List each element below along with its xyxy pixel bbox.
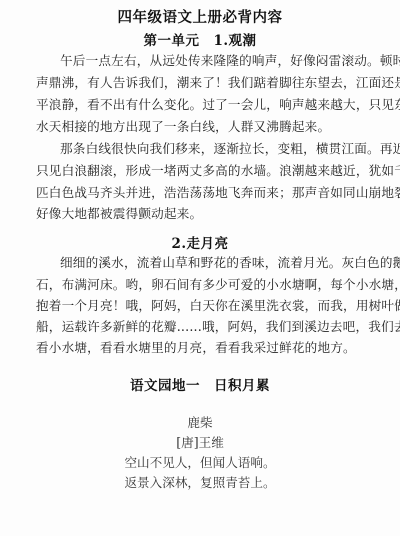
text-line: 水天相接的地方出现了一条白线，人群又沸腾起来。 [36, 118, 366, 135]
text-line: 好像大地都被震得颤动起来。 [36, 205, 366, 222]
document-title: 四年级语文上册必背内容 [0, 6, 400, 27]
text-line: 平浪静，看不出有什么变化。过了一会儿，响声越来越大，只见东边 [36, 96, 366, 113]
unit2-heading: 2.走月亮 [0, 232, 400, 252]
poem-author: [唐]王维 [0, 432, 400, 451]
poem-line: 返景入深林，复照青苔上。 [0, 472, 400, 491]
text-line: 只见白浪翻滚，形成一堵两丈多高的水墙。浪潮越来越近，犹如千万 [36, 162, 366, 179]
text-line: 匹白色战马齐头并进，浩浩荡荡地飞奔而来；那声音如同山崩地裂， [36, 184, 366, 201]
document-page: 四年级语文上册必背内容 第一单元 1.观潮 午后一点左右，从远处传来隆隆的响声，… [0, 0, 400, 536]
unit1-heading: 第一单元 1.观潮 [0, 29, 400, 49]
text-line: 船，运载许多新鲜的花瓣......哦，阿妈，我们到溪边去吧，我们去看 [36, 318, 366, 335]
text-line: 石，布满河床。哟，卵石间有多少可爱的小水塘啊，每个小水塘，都 [36, 276, 366, 293]
poem-title: 鹿柴 [0, 412, 400, 431]
text-line: 声鼎沸，有人告诉我们，潮来了！我们踮着脚往东望去，江面还是风 [36, 74, 366, 91]
text-line: 细细的溪水，流着山草和野花的香味，流着月光。灰白色的鹅卵 [60, 254, 366, 271]
text-line: 那条白线很快向我们移来，逐渐拉长，变粗，横贯江面。再近些， [60, 140, 366, 157]
poem-line: 空山不见人，但闻人语响。 [0, 452, 400, 471]
text-line: 午后一点左右，从远处传来隆隆的响声，好像闷雷滚动。顿时人 [60, 52, 366, 69]
text-line: 抱着一个月亮！哦，阿妈，白天你在溪里洗衣裳，而我，用树叶做小 [36, 297, 366, 314]
garden-heading: 语文园地一 日积月累 [0, 374, 400, 394]
text-line: 看小水塘，看看水塘里的月亮，看看我采过鲜花的地方。 [36, 339, 366, 356]
